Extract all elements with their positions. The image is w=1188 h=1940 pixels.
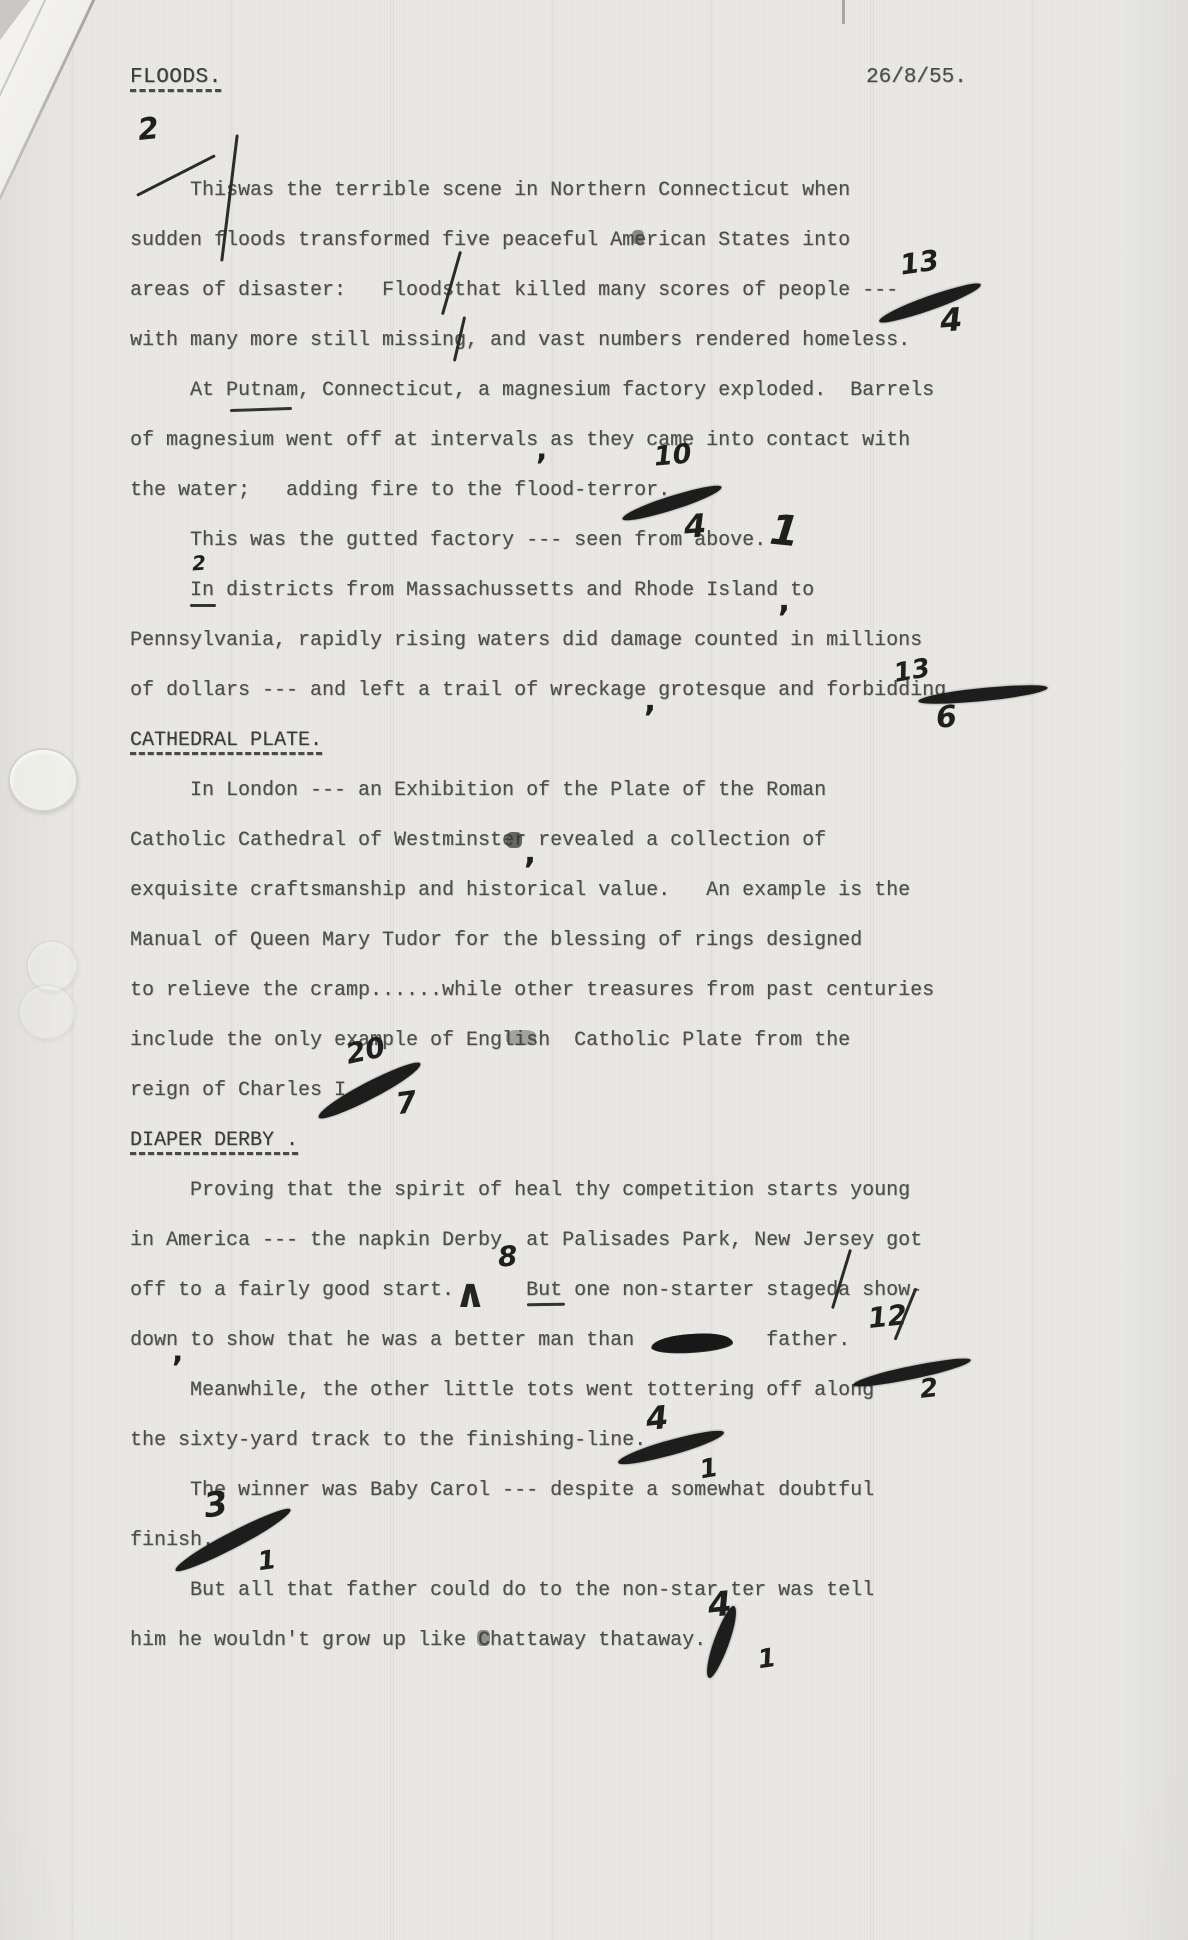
typed-line: reign of Charles I. bbox=[130, 1066, 1150, 1116]
scanned-script-page: FLOODS. 26/8/55. Thiswas the terrible sc… bbox=[0, 0, 1188, 1940]
handwritten-number-2-top: 2 bbox=[137, 115, 161, 144]
page-corner-fold bbox=[0, 0, 135, 230]
typed-line: Thiswas the terrible scene in Northern C… bbox=[130, 166, 1150, 216]
typed-line: finish. bbox=[130, 1516, 1150, 1566]
typed-line: to relieve the cramp......while other tr… bbox=[130, 966, 1150, 1016]
typed-line: areas of disaster: Floodsthat killed man… bbox=[130, 266, 1150, 316]
typed-line: of dollars --- and left a trail of wreck… bbox=[130, 666, 1150, 716]
typed-line: of magnesium went off at intervals as th… bbox=[130, 416, 1150, 466]
typed-line: exquisite craftsmanship and historical v… bbox=[130, 866, 1150, 916]
typed-text-block: Thiswas the terrible scene in Northern C… bbox=[130, 166, 1150, 1666]
fold-highlight bbox=[0, 0, 100, 206]
typed-line: DIAPER DERBY . bbox=[130, 1116, 1150, 1166]
typed-line: This was the gutted factory --- seen fro… bbox=[130, 516, 1150, 566]
typed-line: down to show that he was a better man th… bbox=[130, 1316, 1150, 1366]
typed-line: in America --- the napkin Derby at Palis… bbox=[130, 1216, 1150, 1266]
typed-line: CATHEDRAL PLATE. bbox=[130, 716, 1150, 766]
typed-line: Meanwhile, the other little tots went to… bbox=[130, 1366, 1150, 1416]
typed-line: the water; adding fire to the flood-terr… bbox=[130, 466, 1150, 516]
document-date: 26/8/55. bbox=[866, 66, 967, 89]
paper-impression-mark bbox=[8, 748, 78, 812]
typed-line: the sixty-yard track to the finishing-li… bbox=[130, 1416, 1150, 1466]
typed-line: Proving that the spirit of heal thy comp… bbox=[130, 1166, 1150, 1216]
typed-line: In districts from Massachussetts and Rho… bbox=[130, 566, 1150, 616]
document-title: FLOODS. bbox=[130, 66, 222, 89]
top-edge-mark bbox=[842, 0, 845, 24]
typed-line: At Putnam, Connecticut, a magnesium fact… bbox=[130, 366, 1150, 416]
typed-line: Manual of Queen Mary Tudor for the bless… bbox=[130, 916, 1150, 966]
typed-line: Pennsylvania, rapidly rising waters did … bbox=[130, 616, 1150, 666]
typed-line: The winner was Baby Carol --- despite a … bbox=[130, 1466, 1150, 1516]
typed-line: include the only example of English Cath… bbox=[130, 1016, 1150, 1066]
typed-line: sudden floods transformed five peaceful … bbox=[130, 216, 1150, 266]
typed-line: with many more still missing, and vast n… bbox=[130, 316, 1150, 366]
typed-line: off to a fairly good start. But one non-… bbox=[130, 1266, 1150, 1316]
typed-line: But all that father could do to the non-… bbox=[130, 1566, 1150, 1616]
typed-line: him he wouldn't grow up like Chattaway t… bbox=[130, 1616, 1150, 1666]
typed-line: In London --- an Exhibition of the Plate… bbox=[130, 766, 1150, 816]
paper-impression-mark bbox=[18, 984, 76, 1040]
typed-line: Catholic Cathedral of Westminster reveal… bbox=[130, 816, 1150, 866]
